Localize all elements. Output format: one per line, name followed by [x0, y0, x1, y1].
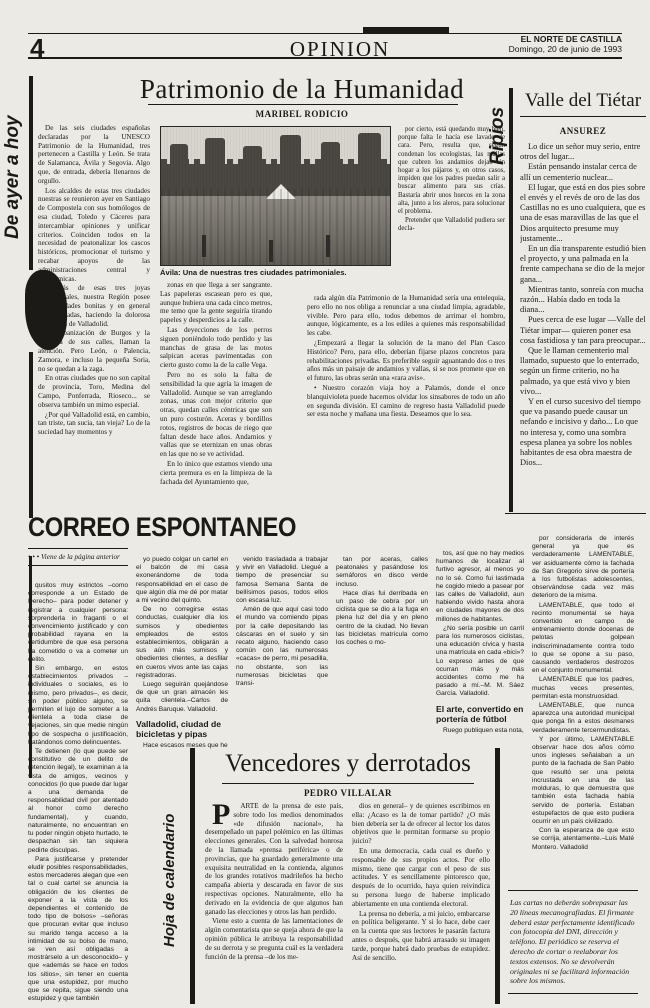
masthead: EL NORTE DE CASTILLA: [440, 34, 622, 44]
vencedores-column-1: PARTE de la prensa de este país, sobre t…: [205, 802, 343, 1004]
header-bottom-rule: [28, 57, 622, 59]
main-article-column-1: De las seis ciudades españolas declarada…: [38, 124, 150, 510]
main-article-byline: MARIBEL RODICIO: [110, 109, 494, 119]
correo-column-5: tos, así que no hay medios humanos de lo…: [436, 550, 524, 700]
kicker-de-ayer-a-hoy: De ayer a hoy: [2, 88, 28, 266]
vencedores-column-2: dios en general– y de quienes escribimos…: [352, 802, 490, 1004]
letter-title-bicicletas: Valladolid, ciudad de bicicletas y pipas: [136, 719, 228, 739]
ripios-poem: Lo dice un señor muy serio, entre otros …: [520, 142, 646, 508]
vencedores-left-bar: [190, 748, 195, 1004]
kicker-ripios: Ripios: [487, 92, 511, 180]
correo-continuation-note: • • • Viene de la página anterior: [28, 548, 128, 566]
correo-column-5-wrap: tos, así que no hay medios humanos de lo…: [436, 550, 524, 736]
vencedores-byline: PEDRO VILLALAR: [208, 788, 488, 798]
ripios-column-bar: [509, 88, 513, 512]
letter-title-porteria: El arte, convertido en portería de fútbo…: [436, 704, 524, 724]
left-column-bar: [29, 76, 33, 270]
vencedores-right-bar: [495, 748, 500, 1004]
correo-column-2: yo puedo colgar un cartel en el balcón d…: [136, 556, 228, 715]
letters-policy-text: Las cartas no deberán sobrepasar las 20 …: [510, 898, 636, 986]
ripios-byline: ANSUREZ: [518, 126, 648, 136]
main-article-column-2: zonas en que llega a ser sangrante. Las …: [160, 281, 272, 509]
main-title-rule: [148, 104, 458, 105]
vencedores-title: Vencedores y derrotados: [208, 750, 488, 778]
kicker-hoja-de-calendario: Hoja de calendario: [161, 756, 185, 1004]
correo-title: CORREO ESPONTANEO: [28, 512, 296, 543]
main-article-title: Patrimonio de la Humanidad: [110, 74, 494, 105]
newspaper-page: 4 OPINION EL NORTE DE CASTILLA Domingo, …: [0, 0, 650, 1008]
correo-column-5-tail: Ruego publiquen esta nota,: [436, 727, 524, 736]
correo-column-6: por considerarla de interés general ya q…: [532, 535, 634, 887]
ripios-bottom-rule: [505, 513, 646, 514]
main-article-column-wide: rada algún día Patrimonio de la Humanida…: [307, 294, 505, 510]
photo-avila-walls: [160, 126, 391, 266]
section-bar: [363, 27, 449, 34]
letters-policy-notice: Las cartas no deberán sobrepasar las 20 …: [508, 890, 638, 994]
correo-column-1: qusitos muy estrictos –como corresponde …: [28, 582, 128, 1006]
vencedores-title-rule: [222, 783, 474, 784]
photo-halftone-grain: [161, 127, 390, 265]
page-number: 4: [30, 33, 44, 64]
left-column-bar-lower: [29, 352, 33, 518]
ripios-title-rule: [520, 116, 646, 117]
correo-column-3: venido trasladada a trabajar y vivir en …: [236, 556, 328, 746]
correo-column-2-wrap: yo puedo colgar un cartel en el balcón d…: [136, 556, 228, 751]
dateline: Domingo, 20 de junio de 1993: [440, 44, 622, 54]
photo-caption: Ávila: Una de nuestras tres ciudades pat…: [160, 268, 389, 277]
ripios-title: Valle del Tiétar: [518, 90, 648, 112]
correo-column-4: tan por aceras, calles peatonales y pasá…: [336, 556, 428, 746]
